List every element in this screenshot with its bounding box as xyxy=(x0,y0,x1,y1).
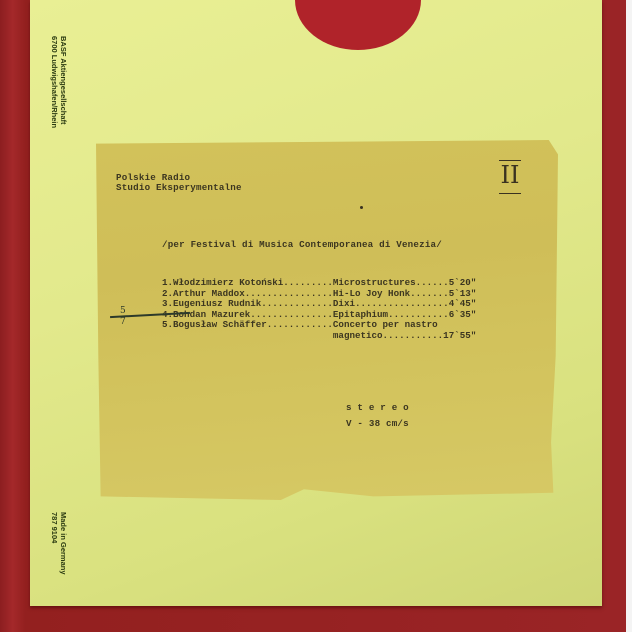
ink-dot xyxy=(360,206,363,209)
typed-sheet: Polskie Radio Studio Eksperymentalne II … xyxy=(96,140,558,500)
track-row: 1.Włodzimierz Kotoński.........Microstru… xyxy=(162,278,476,289)
origin-label: Made in Germany 787 9104 xyxy=(50,512,68,575)
thumb-notch xyxy=(295,0,421,50)
manufacturer-label: BASF Aktiengesellschaft 6700 Ludwigshafe… xyxy=(50,36,68,128)
track-row: 5.Bogusław Schäffer............Concerto … xyxy=(162,320,476,331)
format-label: s t e r e o xyxy=(346,402,409,413)
origin-line2: 787 9104 xyxy=(50,512,59,575)
tape-speed: V - 38 cm/s xyxy=(346,418,409,429)
track-row: 3.Eugeniusz Rudnik.............Dixi.....… xyxy=(162,299,476,310)
festival-title: /per Festival di Musica Contemporanea di… xyxy=(162,239,442,250)
manufacturer-line1: BASF Aktiengesellschaft xyxy=(59,36,68,128)
reel-number: II xyxy=(499,160,521,194)
track-row: magnetico...........17`55" xyxy=(162,331,476,342)
margin-note: 5 7 xyxy=(120,306,126,328)
manufacturer-line2: 6700 Ludwigshafen/Rhein xyxy=(50,36,59,128)
origin-line1: Made in Germany xyxy=(59,512,68,575)
org-line2: Studio Eksperymentalne xyxy=(116,182,242,193)
track-list: 1.Włodzimierz Kotoński.........Microstru… xyxy=(162,278,476,341)
